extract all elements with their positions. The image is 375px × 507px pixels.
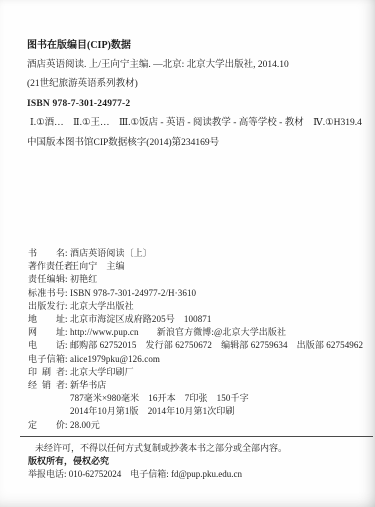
info-value: 新华书店 <box>70 380 106 390</box>
info-value: ISBN 978-7-301-24977-2/H·3610 <box>70 288 196 298</box>
info-label: 定价 <box>28 419 65 432</box>
info-value: 787毫米×980毫米 16开本 7印张 150千字 <box>70 393 249 403</box>
info-row-address: 地址:北京市海淀区成府路205号 100871 <box>28 313 371 326</box>
info-row-price: 定价:28.00元 <box>28 419 371 432</box>
info-row-isbn: 标准书号:ISBN 978-7-301-24977-2/H·3610 <box>28 287 371 300</box>
cip-series: (21世纪旅游英语系列教材) <box>27 75 367 95</box>
info-row-printer: 印刷者:北京大学印刷厂 <box>28 366 371 379</box>
info-label: 经销者 <box>28 379 65 392</box>
info-value: 北京市海淀区成府路205号 100871 <box>70 314 212 324</box>
info-row-editor: 责任编辑:初艳红 <box>28 273 371 286</box>
copyright-notice: 版权所有，侵权必究 <box>28 455 369 468</box>
info-row-edition: 2014年10月第1版 2014年10月第1次印刷 <box>28 405 371 418</box>
info-label: 书名 <box>28 247 65 260</box>
copyright-page: 图书在版编目(CIP)数据 酒店英语阅读. 上/王向宁主编. —北京: 北京大学… <box>0 0 375 507</box>
info-row-distributor: 经销者:新华书店 <box>28 379 371 392</box>
info-value: 北京大学印刷厂 <box>70 367 134 377</box>
info-value: alice1979pku@126.com <box>70 354 160 364</box>
divider-rule <box>20 436 373 437</box>
info-label: 责任编辑 <box>28 273 65 286</box>
copy-restriction-text: 未经许可，不得以任何方式复制或抄袭本书之部分或全部内容。 <box>28 442 369 455</box>
notice-block: 未经许可，不得以任何方式复制或抄袭本书之部分或全部内容。 版权所有，侵权必究 举… <box>28 442 369 481</box>
info-label: 标准书号 <box>28 287 65 300</box>
info-row-format: 787毫米×980毫米 16开本 7印张 150千字 <box>28 392 371 405</box>
info-label: 网址 <box>28 326 65 339</box>
info-value: http://www.pup.cn 新浪官方微博:@北京大学出版社 <box>70 327 286 337</box>
info-label: 印刷者 <box>28 366 65 379</box>
info-label: 出版发行 <box>28 300 65 313</box>
info-label: 电子信箱 <box>28 353 65 366</box>
info-value: 2014年10月第1版 2014年10月第1次印刷 <box>70 406 235 416</box>
info-value: 王向宁 主编 <box>70 261 125 271</box>
info-row-website: 网址:http://www.pup.cn 新浪官方微博:@北京大学出版社 <box>28 326 371 339</box>
cip-heading: 图书在版编目(CIP)数据 <box>27 36 367 56</box>
info-row-title: 书名:酒店英语阅读〔上〕 <box>28 247 371 260</box>
info-label: 电话 <box>28 339 65 352</box>
cip-classification: Ⅰ.①酒… Ⅱ.①王… Ⅲ.①饭店 - 英语 - 阅读教学 - 高等学校 - 教… <box>27 114 367 134</box>
info-value: 28.00元 <box>70 420 100 430</box>
info-row-publisher: 出版发行:北京大学出版社 <box>28 300 371 313</box>
info-value: 酒店英语阅读〔上〕 <box>70 248 152 258</box>
cip-isbn: ISBN 978-7-301-24977-2 <box>27 95 367 115</box>
info-label: 地址 <box>28 313 65 326</box>
cip-description: 酒店英语阅读. 上/王向宁主编. —北京: 北京大学出版社, 2014.10 <box>27 56 367 76</box>
info-value: 初艳红 <box>70 274 97 284</box>
info-label: 著作责任者 <box>28 260 65 273</box>
info-value: 邮购部 62752015 发行部 62750672 编辑部 62759634 出… <box>70 340 363 350</box>
publication-info-block: 书名:酒店英语阅读〔上〕 著作责任者:王向宁 主编 责任编辑:初艳红 标准书号:… <box>28 247 371 432</box>
cip-record-number: 中国版本图书馆CIP数据核字(2014)第234169号 <box>27 134 367 154</box>
info-row-author: 著作责任者:王向宁 主编 <box>28 260 371 273</box>
info-value: 北京大学出版社 <box>70 301 134 311</box>
report-contact: 举报电话: 010-62752024 电子信箱: fd@pup.pku.edu.… <box>28 468 369 481</box>
info-row-email: 电子信箱:alice1979pku@126.com <box>28 353 371 366</box>
info-row-phone: 电话:邮购部 62752015 发行部 62750672 编辑部 6275963… <box>28 339 371 352</box>
cip-block: 图书在版编目(CIP)数据 酒店英语阅读. 上/王向宁主编. —北京: 北京大学… <box>27 36 367 153</box>
